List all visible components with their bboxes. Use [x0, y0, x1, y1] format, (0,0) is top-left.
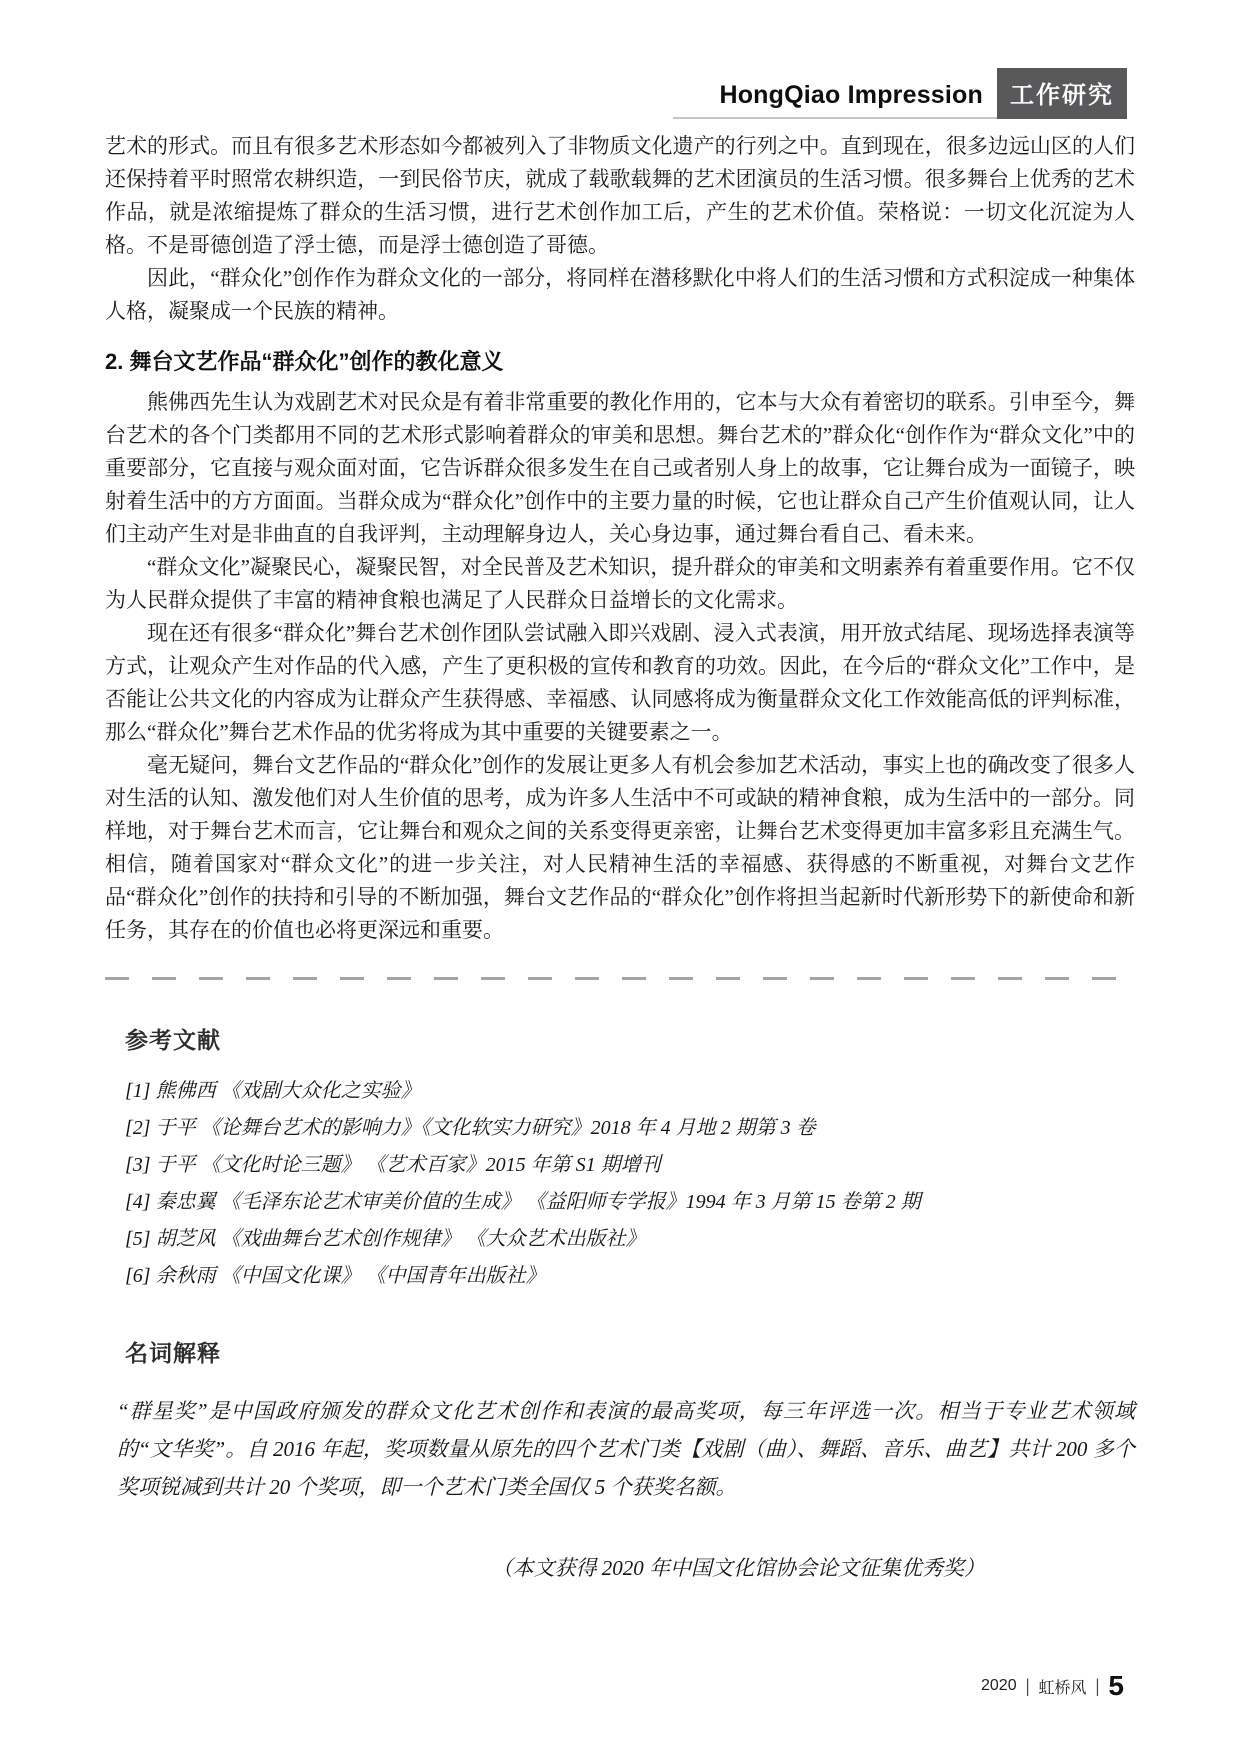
footer-separator: |: [1096, 1676, 1100, 1696]
reference-item: [6] 余秋雨 《中国文化课》 《中国青年出版社》: [125, 1258, 1135, 1295]
reference-item: [2] 于平 《论舞台艺术的影响力》《文化软实力研究》2018 年 4 月地 2…: [125, 1110, 1135, 1147]
footer-year: 2020: [981, 1677, 1017, 1695]
reference-item: [3] 于平 《文化时论三题》 《艺术百家》2015 年第 S1 期增刊: [125, 1147, 1135, 1184]
references-section: 参考文献 [1] 熊佛西 《戏剧大众化之实验》 [2] 于平 《论舞台艺术的影响…: [105, 1024, 1135, 1295]
award-note: （本文获得 2020 年中国文化馆协会论文征集优秀奖）: [105, 1552, 1135, 1585]
paragraph: “群众文化”凝聚民心，凝聚民智，对全民普及艺术知识，提升群众的审美和文明素养有着…: [105, 551, 1135, 617]
reference-item: [1] 熊佛西 《戏剧大众化之实验》: [125, 1073, 1135, 1110]
section-heading: 2. 舞台文艺作品“群众化”创作的教化意义: [105, 346, 1135, 378]
glossary-section: 名词解释 “群星奖”是中国政府颁发的群众文化艺术创作和表演的最高奖项，每三年评选…: [105, 1337, 1135, 1506]
glossary-title: 名词解释: [125, 1337, 1135, 1370]
document-page: HongQiao Impression 工作研究 艺术的形式。而且有很多艺术形态…: [0, 0, 1240, 1754]
page-footer: 2020 | 虹桥风 | 5: [981, 1672, 1124, 1700]
section-badge: 工作研究: [997, 68, 1127, 119]
page-number: 5: [1108, 1672, 1124, 1700]
article-body: 艺术的形式。而且有很多艺术形态如今都被列入了非物质文化遗产的行列之中。直到现在，…: [105, 130, 1135, 1585]
page-header: HongQiao Impression 工作研究: [673, 68, 1127, 119]
reference-item: [5] 胡芝风 《戏曲舞台艺术创作规律》 《大众艺术出版社》: [125, 1221, 1135, 1258]
footer-separator: |: [1026, 1676, 1030, 1696]
paragraph: 因此，“群众化”创作作为群众文化的一部分，将同样在潜移默化中将人们的生活习惯和方…: [105, 262, 1135, 328]
paragraph: 毫无疑问，舞台文艺作品的“群众化”创作的发展让更多人有机会参加艺术活动，事实上也…: [105, 749, 1135, 947]
glossary-text: “群星奖”是中国政府颁发的群众文化艺术创作和表演的最高奖项，每三年评选一次。相当…: [117, 1392, 1135, 1506]
references-list: [1] 熊佛西 《戏剧大众化之实验》 [2] 于平 《论舞台艺术的影响力》《文化…: [125, 1073, 1135, 1295]
reference-item: [4] 秦忠翼 《毛泽东论艺术审美价值的生成》 《益阳师专学报》1994 年 3…: [125, 1184, 1135, 1221]
references-title: 参考文献: [125, 1024, 1135, 1057]
paragraph: 熊佛西先生认为戏剧艺术对民众是有着非常重要的教化作用的，它本与大众有着密切的联系…: [105, 386, 1135, 551]
dashed-divider: [105, 977, 1135, 980]
footer-journal-name: 虹桥风: [1039, 1675, 1087, 1698]
paragraph: 艺术的形式。而且有很多艺术形态如今都被列入了非物质文化遗产的行列之中。直到现在，…: [105, 130, 1135, 262]
paragraph: 现在还有很多“群众化”舞台艺术创作团队尝试融入即兴戏剧、浸入式表演，用开放式结尾…: [105, 617, 1135, 749]
journal-title: HongQiao Impression: [673, 81, 997, 119]
